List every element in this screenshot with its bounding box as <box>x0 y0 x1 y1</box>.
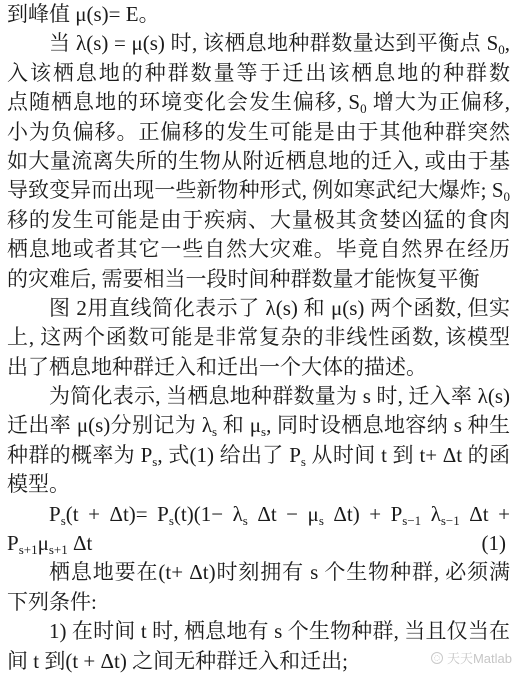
text-line: 1) 在时间 t 时, 栖息地有 s 个生物种群, 当且仅当在时 <box>7 617 510 646</box>
line-content: 移的发生可能是由于疾病、大量极其贪婪凶猛的食肉种群侵入 <box>7 208 510 235</box>
line-content: 小为负偏移。正偏移的发生可能是由于其他种群突然迁入, 例 <box>7 120 510 147</box>
watermark-label: 天天Matlab <box>447 648 512 667</box>
equation-number: (1) <box>482 529 511 558</box>
line-content: 当 λ(s) = μ(s) 时, 该栖息地种群数量达到平衡点 S0, 迁 <box>7 31 510 58</box>
text-line: 出了栖息地种群迁入和迁出一个大体的描述。 <box>7 353 510 382</box>
watermark: 天天Matlab <box>431 648 512 667</box>
line-content: 如大量流离失所的生物从附近栖息地的迁入, 或由于基因突变 <box>7 149 510 176</box>
line-content: 迁出率 μ(s)分别记为 λs 和 μs, 同时设栖息地容纳 s 种生物 <box>7 413 510 440</box>
text-line: 种群的概率为 Ps, 式(1) 给出了 Ps 从时间 t 到 t+ Δt 的函数 <box>7 441 510 470</box>
document-page: 到峰值 μ(s)= E。当 λ(s) = μ(s) 时, 该栖息地种群数量达到平… <box>0 0 519 676</box>
line-content: 1) 在时间 t 时, 栖息地有 s 个生物种群, 当且仅当在时 <box>7 619 510 646</box>
line-content: Ps(t + Δt)= Ps(t)(1− λs Δt − μs Δt) + Ps… <box>49 502 510 526</box>
text-line: 为简化表示, 当栖息地种群数量为 s 时, 迁入率 λ(s) 和 <box>7 382 510 411</box>
line-content: 图 2用直线简化表示了 λ(s) 和 μ(s) 两个函数, 但实际 <box>7 296 510 323</box>
line-content: 的灾难后, 需要相当一段时间种群数量才能恢复平衡[4,6]。 <box>7 267 480 294</box>
text-line: 导致变异而出现一些新物种形式, 例如寒武纪大爆炸; S0 负偏 <box>7 176 510 205</box>
text-line: 移的发生可能是由于疾病、大量极其贪婪凶猛的食肉种群侵入 <box>7 206 510 235</box>
text-line: Ps+1μs+1 Δt(1) <box>7 529 510 558</box>
text-line: 图 2用直线简化表示了 λ(s) 和 μ(s) 两个函数, 但实际 <box>7 294 510 323</box>
text-line: 点随栖息地的环境变化会发生偏移, S0 增大为正偏移, S0 减 <box>7 88 510 117</box>
line-content: Ps+1μs+1 Δt <box>7 529 92 558</box>
article-text: 到峰值 μ(s)= E。当 λ(s) = μ(s) 时, 该栖息地种群数量达到平… <box>0 0 519 676</box>
line-content: 上, 这两个函数可能是非常复杂的非线性函数, 该模型只是给 <box>7 325 510 352</box>
line-content: 入该栖息地的种群数量等于迁出该栖息地的种群数量。平衡 <box>7 61 510 88</box>
line-content: 到峰值 μ(s)= E。 <box>7 2 160 26</box>
text-line: 到峰值 μ(s)= E。 <box>7 0 510 29</box>
line-content: 间 t 到(t + Δt) 之间无种群迁入和迁出; <box>7 649 348 673</box>
line-content: 点随栖息地的环境变化会发生偏移, S0 增大为正偏移, S0 减 <box>7 90 510 117</box>
line-content: 下列条件: <box>7 590 97 614</box>
line-content: 栖息地要在(t+ Δt)时刻拥有 s 个生物种群, 必须满足 <box>7 560 510 587</box>
text-line: 模型。 <box>7 470 510 499</box>
text-line: 当 λ(s) = μ(s) 时, 该栖息地种群数量达到平衡点 S0, 迁 <box>7 29 510 58</box>
text-line: 栖息地要在(t+ Δt)时刻拥有 s 个生物种群, 必须满足 <box>7 558 510 587</box>
line-content: 种群的概率为 Ps, 式(1) 给出了 Ps 从时间 t 到 t+ Δt 的函数 <box>7 443 510 470</box>
line-content: 模型。 <box>7 472 70 496</box>
text-line: 的灾难后, 需要相当一段时间种群数量才能恢复平衡[4,6]。 <box>7 265 510 294</box>
text-line: 小为负偏移。正偏移的发生可能是由于其他种群突然迁入, 例 <box>7 118 510 147</box>
text-line: 上, 这两个函数可能是非常复杂的非线性函数, 该模型只是给 <box>7 323 510 352</box>
watermark-logo-icon <box>431 652 443 664</box>
text-line: 迁出率 μ(s)分别记为 λs 和 μs, 同时设栖息地容纳 s 种生物 <box>7 411 510 440</box>
text-line: 栖息地或者其它一些自然大灾难。毕竟自然界在经历一场大 <box>7 235 510 264</box>
line-content: 导致变异而出现一些新物种形式, 例如寒武纪大爆炸; S0 负偏 <box>7 178 510 205</box>
text-line: 入该栖息地的种群数量等于迁出该栖息地的种群数量。平衡 <box>7 59 510 88</box>
line-content: 栖息地或者其它一些自然大灾难。毕竟自然界在经历一场大 <box>7 237 510 264</box>
line-content: 出了栖息地种群迁入和迁出一个大体的描述。 <box>7 355 427 379</box>
text-line: 如大量流离失所的生物从附近栖息地的迁入, 或由于基因突变 <box>7 147 510 176</box>
text-line: Ps(t + Δt)= Ps(t)(1− λs Δt − μs Δt) + Ps… <box>7 500 510 529</box>
line-content: 为简化表示, 当栖息地种群数量为 s 时, 迁入率 λ(s) 和 <box>7 384 510 411</box>
text-line: 下列条件: <box>7 588 510 617</box>
